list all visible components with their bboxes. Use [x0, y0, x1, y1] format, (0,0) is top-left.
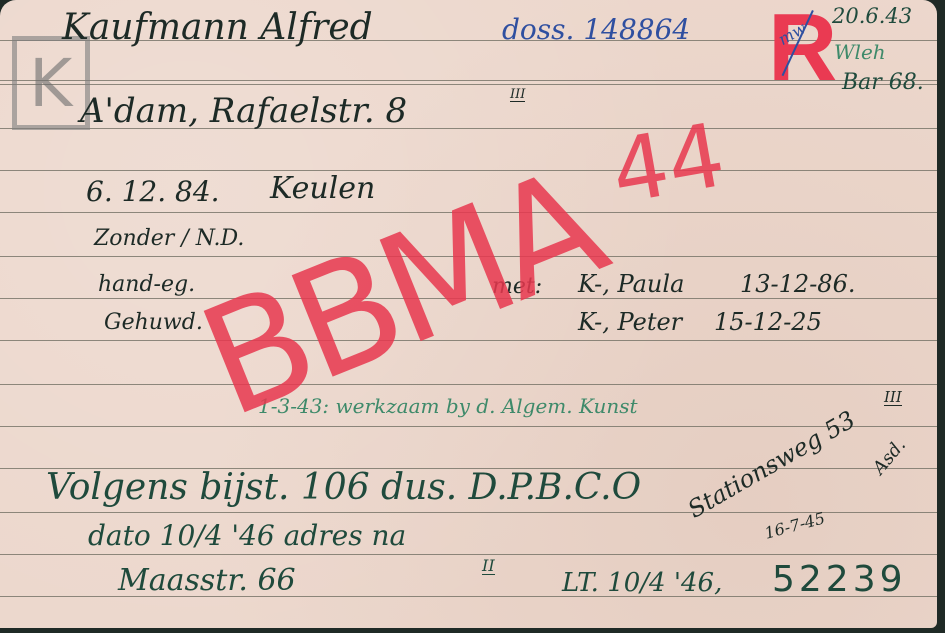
- person-name: Kaufmann Alfred: [62, 10, 373, 46]
- moved-note: Asd.: [870, 436, 909, 478]
- followup-line-1: Volgens bijst. 106 dus. D.P.B.C.O: [46, 470, 641, 506]
- rule-line: [0, 426, 937, 427]
- followup-line-3: Maasstr. 66: [118, 566, 296, 596]
- moved-date: 16-7-45: [763, 510, 827, 541]
- k-stamp-letter: K: [29, 45, 72, 122]
- nationality: Zonder / N.D.: [94, 228, 244, 250]
- address: A'dam, Rafaelstr. 8: [80, 94, 407, 128]
- r-stamp: R: [768, 0, 837, 96]
- birth-date: 6. 12. 84.: [86, 178, 220, 206]
- signature-date: LT. 10/4 '46,: [562, 570, 722, 596]
- address-floor: III: [510, 88, 525, 102]
- card-number: 52239: [772, 562, 907, 598]
- dossier-number: doss. 148864: [502, 16, 690, 44]
- family-member-date: 15-12-25: [714, 310, 822, 334]
- followup-line-2: dato 10/4 '46 adres na: [88, 522, 406, 550]
- rule-line: [0, 384, 937, 385]
- moved-address: Stationsweg 53: [684, 407, 859, 522]
- index-card: K R Kaufmann Alfred doss. 148864 mw 20.6…: [0, 0, 937, 628]
- rule-line: [0, 554, 937, 555]
- note-bar: Bar 68.: [842, 72, 924, 94]
- family-member-name: K-, Peter: [578, 310, 682, 334]
- birth-place: Keulen: [270, 174, 375, 204]
- rule-line: [0, 512, 937, 513]
- stamp-date: 20.6.43: [832, 6, 912, 27]
- red-crayon-number: 44: [605, 111, 731, 217]
- rule-line: [0, 170, 937, 171]
- followup-line-3-floor: II: [482, 558, 495, 575]
- k-stamp: K: [12, 36, 90, 130]
- family-member-date: 13-12-86.: [740, 272, 855, 296]
- note-wleh: Wleh: [834, 42, 886, 62]
- marital-status: Gehuwd.: [104, 312, 203, 334]
- moved-floor: III: [884, 390, 902, 406]
